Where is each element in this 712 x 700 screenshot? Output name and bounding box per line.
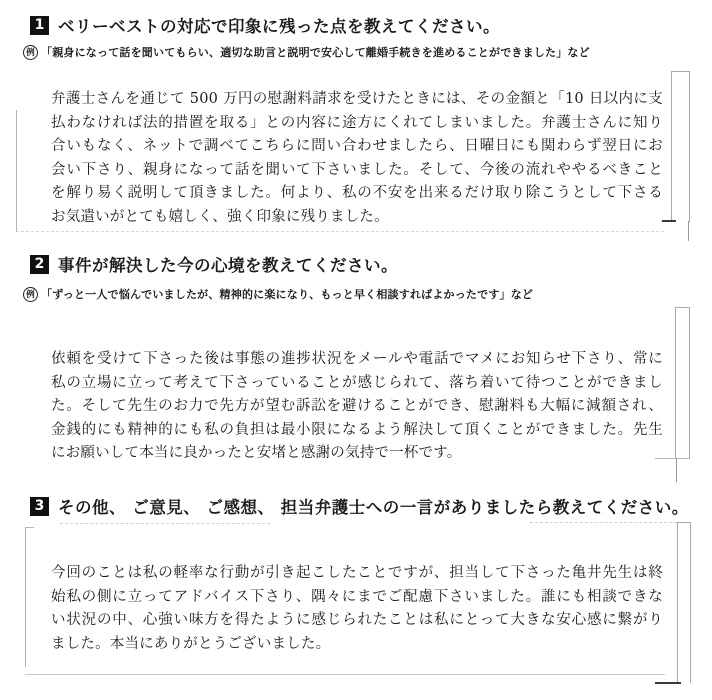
answer-1-line: お気遣いがとても嬉しく、強く印象に残りました。 (51, 206, 663, 230)
scan-mark (676, 458, 677, 482)
question-2-title: 事件が解決した今の心境を教えてください。 (58, 252, 398, 276)
example-circle-icon: 例 (23, 45, 38, 60)
question-2-example: 例 「ずっと一人で悩んでいましたが、精神的に楽になり、もっと早く相談すればよかっ… (23, 286, 533, 302)
answer-1: 弁護士さんを通じて 500 万円の慰謝料請求を受けたときには、その金額と「10 … (51, 88, 663, 230)
question-1-example-text: 「親身になって話を聞いてもらい、適切な助言と説明で安心して離婚手続きを進めること… (41, 44, 590, 60)
answer-box-1-left-border (16, 110, 17, 232)
scan-mark (688, 221, 689, 241)
answer-box-2-right-edge (675, 307, 690, 459)
question-2-example-text: 「ずっと一人で悩んでいましたが、精神的に楽になり、もっと早く相談すればよかったで… (41, 286, 533, 302)
answer-box-3-top-border (60, 523, 270, 524)
answer-2-line: 依頼を受けて下さった後は事態の進捗状況をメールや電話でマメにお知らせ下さり、常に (51, 348, 663, 372)
answer-box-3-bottom-border (25, 674, 665, 675)
answer-3-line: ました。本当にありがとうございました。 (51, 633, 663, 657)
question-1-header: 1 ベリーベストの対応で印象に残った点を教えてください。 (30, 13, 500, 37)
answer-1-line: 会い下さり、親身になって話を聞いて下さいました。そして、今後の流れややるべきこと (51, 159, 663, 183)
answer-3-line: 今回のことは私の軽率な行動が引き起こしたことですが、担当して下さった亀井先生は終 (51, 562, 663, 586)
question-1-example: 例 「親身になって話を聞いてもらい、適切な助言と説明で安心して離婚手続きを進める… (23, 44, 590, 60)
answer-2-line: 私の立場に立って考えて下さっていることが感じられて、落ち着いて待つことができまし (51, 372, 663, 396)
scan-mark (25, 527, 34, 528)
scan-mark (662, 220, 676, 222)
answer-1-line: 払わなければ法的措置を取る」との内容に途方にくれてしまいました。弁護士さんに知り (51, 112, 663, 136)
answer-1-line: 弁護士さんを通じて 500 万円の慰謝料請求を受けたときには、その金額と「10 … (51, 88, 663, 112)
question-2-header: 2 事件が解決した今の心境を教えてください。 (30, 252, 398, 276)
answer-3-line: 始私の側に立ってアドバイス下さり、隅々にまでご配慮下さいました。誰にも相談できな (51, 586, 663, 610)
example-circle-icon: 例 (23, 287, 38, 302)
question-3-header: 3 その他、 ご意見、 ご感想、 担当弁護士への一言がありましたら教えてください… (30, 494, 689, 518)
answer-box-3-left-border (25, 527, 26, 667)
answer-2-line: にお願いして本当に良かったと安堵と感謝の気持で一杯です。 (51, 442, 663, 466)
question-1-title: ベリーベストの対応で印象に残った点を教えてください。 (58, 13, 500, 37)
answer-2: 依頼を受けて下さった後は事態の進捗状況をメールや電話でマメにお知らせ下さり、常に… (51, 348, 663, 466)
scanned-survey-document: 1 ベリーベストの対応で印象に残った点を教えてください。 例 「親身になって話を… (0, 0, 712, 700)
answer-box-1-bottom-border (16, 231, 664, 232)
answer-3-line: い状況の中、心強い味方を得たように感じられたことは私にとって大きな安心感に繋がり (51, 609, 663, 633)
answer-box-3-right-edge (677, 522, 691, 683)
answer-2-line: 金銭的にも精神的にも私の負担は最小限になるよう解決して頂くことができました。先生 (51, 419, 663, 443)
question-1-number-badge: 1 (30, 16, 49, 35)
answer-3: 今回のことは私の軽率な行動が引き起こしたことですが、担当して下さった亀井先生は終… (51, 562, 663, 656)
question-3-title: その他、 ご意見、 ご感想、 担当弁護士への一言がありましたら教えてください。 (58, 494, 689, 518)
answer-box-1-right-edge (671, 71, 690, 222)
answer-box-3-top-border (530, 522, 677, 523)
question-3-number-badge: 3 (30, 497, 49, 516)
answer-1-line: 合いもなく、ネットで調べてこちらに問い合わせましたら、日曜日にも関わらず翌日にお (51, 135, 663, 159)
scan-mark (655, 682, 681, 684)
question-2-number-badge: 2 (30, 255, 49, 274)
answer-1-line: を解り易く説明して頂きました。何より、私の不安を出来るだけ取り除こうとして下さる (51, 182, 663, 206)
answer-2-line: た。そして先生のお力で先方が望む訴訟を避けることができ、慰謝料も大幅に減額され、 (51, 395, 663, 419)
